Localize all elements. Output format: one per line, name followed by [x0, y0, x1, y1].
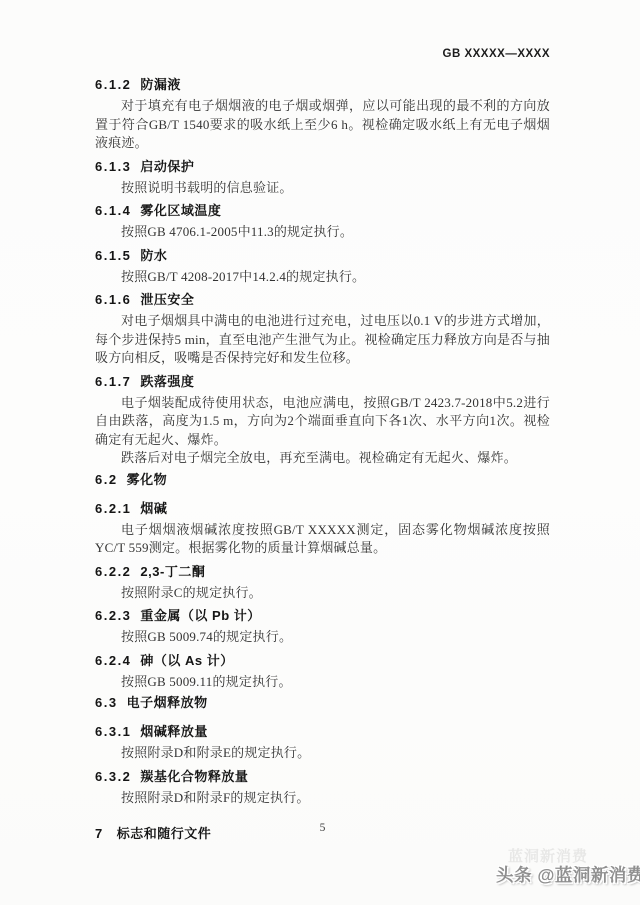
- paragraph: 对于填充有电子烟烟液的电子烟或烟弹，应以可能出现的最不利的方向放置于符合GB/T…: [95, 97, 550, 153]
- clause-title: 雾化区域温度: [140, 203, 221, 218]
- clause-title: 2,3-丁二酮: [140, 564, 205, 579]
- clause-title: 重金属（以 Pb 计）: [140, 608, 260, 623]
- clause-heading: 6.2雾化物: [95, 470, 550, 495]
- clause-number: 6.1.2: [95, 77, 131, 92]
- paragraph: 按照附录C的规定执行。: [95, 584, 550, 603]
- clause-heading: 6.1.4雾化区域温度: [95, 201, 550, 220]
- clause-title: 泄压安全: [140, 292, 194, 307]
- clause-title: 砷（以 As 计）: [140, 653, 233, 668]
- clause-number: 6.1.4: [95, 203, 131, 218]
- page-number: 5: [95, 822, 550, 834]
- paragraph: 按照GB 4706.1-2005中11.3的规定执行。: [95, 223, 550, 242]
- clause-heading: 6.3电子烟释放物: [95, 693, 550, 718]
- clause-number: 6.2.2: [95, 564, 131, 579]
- clause-heading: 6.2.1烟碱: [95, 499, 550, 518]
- clause-heading: 6.1.6泄压安全: [95, 290, 550, 309]
- clause-title: 防水: [140, 248, 167, 263]
- paragraph: 按照GB 5009.74的规定执行。: [95, 628, 550, 647]
- standard-number-header: GB XXXXX—XXXX: [95, 48, 550, 60]
- document-page: GB XXXXX—XXXX 6.1.2防漏液对于填充有电子烟烟液的电子烟或烟弹，…: [0, 0, 640, 905]
- clause-number: 6.1.5: [95, 248, 131, 263]
- clause-heading: 6.2.3重金属（以 Pb 计）: [95, 606, 550, 625]
- paragraph: 电子烟装配成待使用状态，电池应满电，按照GB/T 2423.7-2018中5.2…: [95, 394, 550, 450]
- paragraph: 按照GB 5009.11的规定执行。: [95, 673, 550, 692]
- clause-title: 烟碱释放量: [140, 724, 208, 739]
- clause-number: 6.2.3: [95, 608, 131, 623]
- clause-number: 6.2.1: [95, 501, 131, 516]
- clause-number: 6.2: [95, 472, 118, 487]
- clause-title: 烟碱: [140, 501, 167, 516]
- clause-heading: 6.1.3启动保护: [95, 157, 550, 176]
- paragraph: 跌落后对电子烟完全放电，再充至满电。视检确定有无起火、爆炸。: [95, 449, 550, 468]
- clause-heading: 6.1.5防水: [95, 246, 550, 265]
- paragraph: 按照附录D和附录E的规定执行。: [95, 744, 550, 763]
- clause-title: 电子烟释放物: [127, 695, 208, 710]
- clause-title: 启动保护: [140, 159, 194, 174]
- clause-number: 6.3.1: [95, 724, 131, 739]
- clause-heading: 6.3.2羰基化合物释放量: [95, 767, 550, 786]
- clause-heading: 6.2.22,3-丁二酮: [95, 562, 550, 581]
- paragraph: 按照GB/T 4208-2017中14.2.4的规定执行。: [95, 268, 550, 287]
- paragraph: 对电子烟烟具中满电的电池进行过充电，过电压以0.1 V的步进方式增加，每个步进保…: [95, 312, 550, 368]
- watermark-toutiao-handle: 头条 @蓝洞新消费: [496, 862, 640, 887]
- paragraph: 按照说明书载明的信息验证。: [95, 179, 550, 198]
- clause-heading: 6.3.1烟碱释放量: [95, 722, 550, 741]
- document-body: 6.1.2防漏液对于填充有电子烟烟液的电子烟或烟弹，应以可能出现的最不利的方向放…: [95, 71, 550, 843]
- clause-title: 防漏液: [140, 77, 181, 92]
- clause-number: 6.1.6: [95, 292, 131, 307]
- clause-heading: 6.1.2防漏液: [95, 75, 550, 94]
- clause-heading: 6.1.7跌落强度: [95, 372, 550, 391]
- clause-number: 6.3.2: [95, 769, 131, 784]
- clause-number: 6.2.4: [95, 653, 131, 668]
- clause-title: 雾化物: [127, 472, 168, 487]
- clause-number: 6.3: [95, 695, 118, 710]
- paragraph: 电子烟烟液烟碱浓度按照GB/T XXXXX测定，固态雾化物烟碱浓度按照YC/T …: [95, 521, 550, 558]
- paragraph: 按照附录D和附录F的规定执行。: [95, 789, 550, 808]
- clause-title: 羰基化合物释放量: [140, 769, 248, 784]
- clause-number: 6.1.7: [95, 374, 131, 389]
- clause-number: 6.1.3: [95, 159, 131, 174]
- clause-heading: 6.2.4砷（以 As 计）: [95, 651, 550, 670]
- clause-title: 跌落强度: [140, 374, 194, 389]
